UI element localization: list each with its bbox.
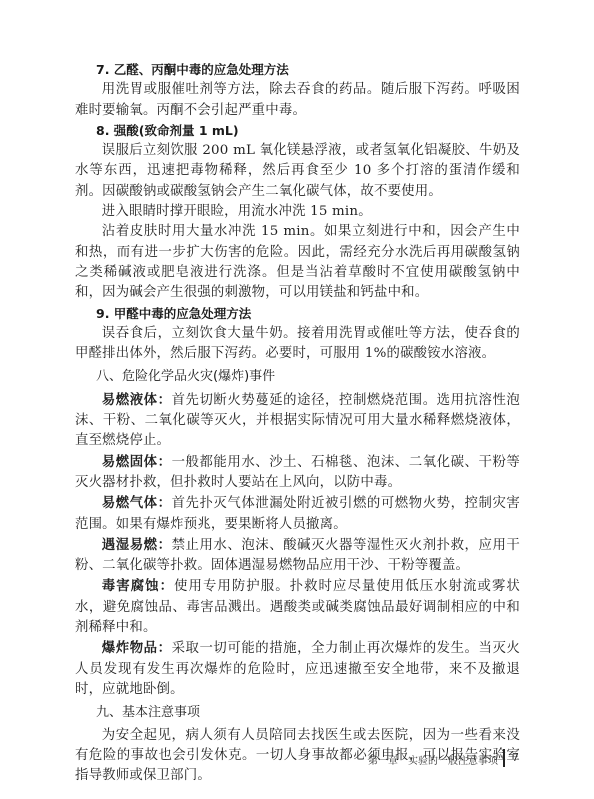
term: 遇湿易燃： — [102, 537, 172, 553]
paragraph: 沾着皮肤时用大量水冲洗 15 min。如果立刻进行中和，因会产生中和热，而有进一… — [75, 222, 520, 303]
section-heading-fire: 八、危险化学品火灾(爆炸)事件 — [75, 367, 520, 387]
term: 毒害腐蚀： — [102, 578, 174, 594]
chapter-title: 第一章 实验的一般注意事项 — [368, 752, 498, 767]
page-number: 7 — [512, 751, 519, 764]
heading-strong-acid: 8. 强酸(致命剂量 1 mL) — [75, 121, 520, 141]
term: 爆炸物品： — [102, 640, 172, 656]
paragraph: 误吞食后，立刻饮食大量牛奶。接着用洗胃或催吐等方法，使吞食的甲醛排出体外，然后服… — [75, 324, 520, 365]
heading-formaldehyde: 9. 甲醛中毒的应急处理方法 — [75, 304, 520, 324]
footer-divider — [503, 749, 505, 767]
paragraph-explosives: 爆炸物品：采取一切可能的措施，全力制止再次爆炸的发生。当灭火人员发现有发生再次爆… — [75, 638, 520, 700]
paragraph-flammable-liquid: 易燃液体：首先切断火势蔓延的途径，控制燃烧范围。选用抗溶性泡沫、干粉、二氧化碳等… — [75, 390, 520, 452]
term: 易燃液体： — [102, 392, 172, 408]
term: 易燃气体： — [102, 495, 172, 511]
paragraph-flammable-solid: 易燃固体：一般都能用水、沙土、石棉毯、泡沫、二氧化碳、干粉等灭火器材扑救，但扑救… — [75, 452, 520, 494]
page-body: 7. 乙醛、丙酮中毒的应急处理方法 用洗胃或服催吐剂等方法，除去吞食的药品。随后… — [75, 60, 520, 786]
paragraph: 误服后立刻饮服 200 mL 氧化镁悬浮液，或者氢氧化铝凝胶、牛奶及水等东西，迅… — [75, 141, 520, 202]
paragraph-toxic-corrosive: 毒害腐蚀：使用专用防护服。扑救时应尽量使用低压水射流或雾状水，避免腐蚀品、毒害品… — [75, 576, 520, 638]
heading-acetaldehyde-acetone: 7. 乙醛、丙酮中毒的应急处理方法 — [75, 60, 520, 80]
term: 易燃固体： — [102, 454, 172, 470]
section-heading-basics: 九、基本注意事项 — [75, 703, 520, 723]
paragraph-flammable-gas: 易燃气体：首先扑灭气体泄漏处附近被引燃的可燃物火势，控制灾害范围。如果有爆炸预兆… — [75, 493, 520, 535]
paragraph-water-reactive: 遇湿易燃：禁止用水、泡沫、酸碱灭火器等湿性灭火剂扑救，应用干粉、二氧化碳等扑救。… — [75, 535, 520, 577]
paragraph: 进入眼睛时撑开眼睑，用流水冲洗 15 min。 — [75, 202, 520, 222]
paragraph: 用洗胃或服催吐剂等方法，除去吞食的药品。随后服下泻药。呼吸困难时要输氧。丙酮不会… — [75, 80, 520, 121]
